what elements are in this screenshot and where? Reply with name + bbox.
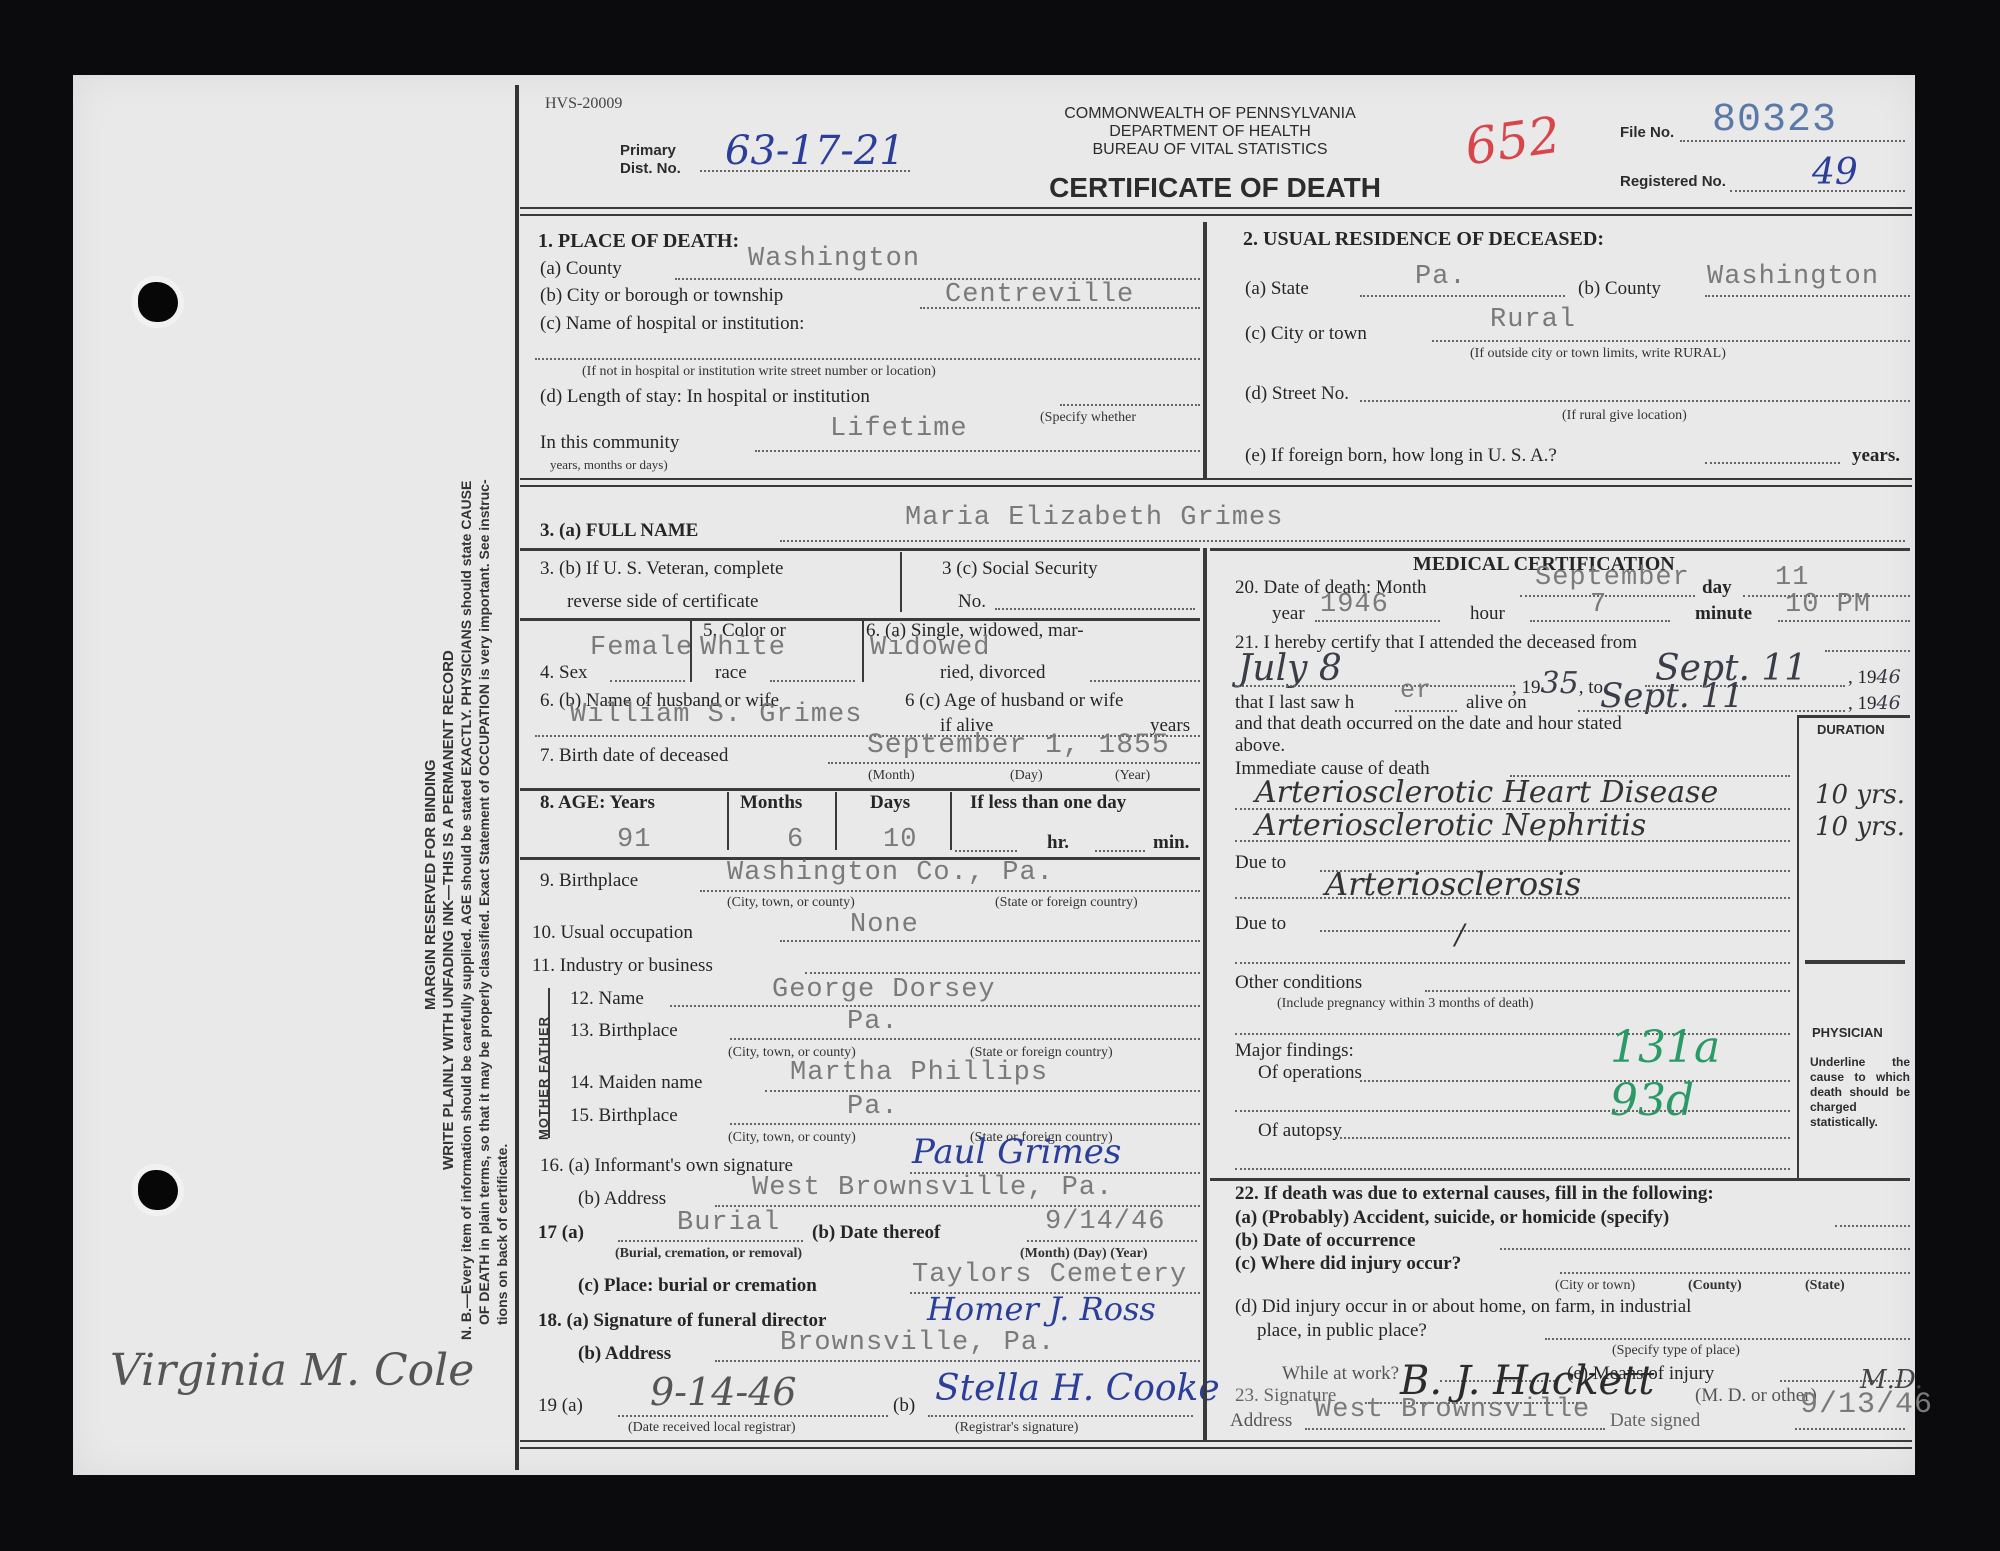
hr-label: hr.	[1047, 832, 1069, 854]
birth-date-line	[828, 762, 1200, 764]
residence-street-note: (If rural give location)	[1562, 408, 1687, 424]
birth-month-hint: (Month)	[868, 768, 915, 784]
death-year-label: year	[1272, 603, 1305, 625]
months-days-divider	[835, 792, 837, 850]
birth-date-value: September 1, 1855	[867, 730, 1170, 761]
age-months-value: 6	[787, 825, 804, 855]
community-line	[755, 450, 1200, 452]
father-birthplace-value: Pa.	[847, 1007, 899, 1037]
race-label-2: race	[715, 662, 747, 684]
veteran-label-2: reverse side of certificate	[567, 591, 758, 613]
burial-date-value: 9/14/46	[1045, 1207, 1165, 1237]
registrar-sig-hint: (Registrar's signature)	[955, 1420, 1078, 1436]
green-code-1: 131a	[1610, 1022, 1720, 1073]
external-a-line	[1835, 1225, 1910, 1227]
mother-name-value: Martha Phillips	[790, 1058, 1048, 1088]
alive-year-prefix: , 19	[1848, 693, 1877, 714]
death-year-line	[1315, 620, 1440, 622]
years-months-divider	[727, 792, 729, 850]
physician-heading: PHYSICIAN	[1812, 1025, 1883, 1040]
other-conditions-line	[1425, 990, 1790, 992]
death-hour-line	[1530, 620, 1670, 622]
community-label: In this community	[540, 432, 679, 454]
informant-signature[interactable]: Paul Grimes	[912, 1132, 1121, 1172]
sex-race-divider	[690, 620, 692, 682]
burial-place-label: (c) Place: burial or cremation	[578, 1275, 817, 1297]
external-d-line	[1545, 1338, 1910, 1340]
margin-nb-line3: tions on back of certificate.	[494, 1144, 510, 1325]
ssn-label-1: 3 (c) Social Security	[942, 558, 1098, 580]
other-conditions-hint: (Include pregnancy within 3 months of de…	[1277, 996, 1534, 1012]
to-year-value: 46	[1877, 666, 1901, 688]
occurred-label-1: and that death occurred on the date and …	[1235, 713, 1622, 735]
attended-from-line	[1235, 685, 1515, 687]
binding-double-line	[515, 85, 519, 1470]
primary-label: Primary	[620, 142, 681, 160]
mother-birthplace-value: Pa.	[847, 1092, 899, 1122]
community-value: Lifetime	[830, 414, 968, 444]
burial-date-label: (b) Date thereof	[812, 1222, 940, 1244]
left-right-column-divider	[1203, 548, 1207, 1440]
occupation-line	[780, 940, 1200, 942]
autopsy-label: Of autopsy	[1258, 1120, 1342, 1142]
death-month-value: September	[1535, 563, 1690, 593]
hospital-line	[535, 358, 1200, 360]
registered-no-label: Registered No.	[1620, 173, 1726, 190]
primary-dist-line	[700, 170, 910, 172]
residence-city-label: (c) City or town	[1245, 323, 1367, 345]
marital-line	[1090, 680, 1200, 682]
due-to-2-line	[1320, 930, 1790, 932]
agency-line-1: COMMONWEALTH OF PENNSYLVANIA	[1000, 105, 1420, 123]
residence-county-line	[1705, 295, 1910, 297]
foreign-born-suffix: years.	[1852, 445, 1900, 467]
margin-write-plainly-text: WRITE PLAINLY WITH UNFADING INK—THIS IS …	[440, 650, 457, 1170]
other-conditions-label: Other conditions	[1235, 972, 1362, 994]
hospital-label: (c) Name of hospital or institution:	[540, 313, 804, 335]
registrar-date-value: 9-14-46	[650, 1370, 797, 1414]
while-at-work-label: While at work?	[1282, 1363, 1399, 1385]
ssn-label-2: No.	[958, 591, 986, 613]
disposition-label: 17 (a)	[538, 1222, 584, 1244]
hr-line	[955, 850, 1017, 852]
death-city-label: (b) City or borough or township	[540, 285, 783, 307]
full-name-label-text: 3. (a) FULL NAME	[540, 520, 698, 541]
due-to-2-label: Due to	[1235, 913, 1286, 935]
to-year-prefix: , 19	[1848, 667, 1877, 688]
mother-birthplace-label: 15. Birthplace	[570, 1105, 678, 1127]
residence-state-label: (a) State	[1245, 278, 1309, 300]
birth-divider	[520, 788, 1200, 791]
due-to-2-line-b	[1235, 962, 1790, 964]
father-birthplace-label: 13. Birthplace	[570, 1020, 678, 1042]
external-heading: 22. If death was due to external causes,…	[1235, 1183, 1714, 1205]
veteran-ssn-divider	[900, 552, 902, 612]
last-saw-label: that I last saw h	[1235, 692, 1354, 714]
marital-value: Widowed	[870, 633, 990, 663]
race-marital-divider	[862, 620, 864, 682]
mother-name-label: 14. Maiden name	[570, 1072, 702, 1094]
physician-address-label: Address	[1230, 1410, 1292, 1432]
major-findings-label: Major findings:	[1235, 1040, 1354, 1062]
physician-address-line	[1305, 1428, 1605, 1430]
alive-year: , 1946	[1848, 692, 1901, 715]
death-city-value: Centreville	[945, 280, 1134, 310]
foreign-born-label: (e) If foreign born, how long in U. S. A…	[1245, 445, 1557, 467]
registrar-date-label: 19 (a)	[538, 1395, 583, 1417]
margin-nb-line2: OF DEATH in plain terms, so that it may …	[476, 479, 492, 1325]
duration-end-line	[1805, 960, 1905, 964]
cause-2-value: Arteriosclerotic Nephritis	[1255, 808, 1646, 843]
father-tag: FATHER	[536, 1016, 551, 1073]
residence-city-value: Rural	[1490, 305, 1576, 335]
residence-city-note: (If outside city or town limits, write R…	[1470, 346, 1726, 362]
alive-year-value: 46	[1877, 692, 1901, 714]
death-minute-value: 10 PM	[1785, 590, 1871, 620]
last-saw-text: that I last saw h	[1235, 692, 1354, 713]
section-1-2-divider	[1203, 222, 1207, 480]
burial-place-value: Taylors Cemetery	[912, 1260, 1187, 1290]
external-c-county-hint: (County)	[1688, 1278, 1742, 1294]
form-code: HVS-20009	[545, 95, 622, 113]
file-no-line	[1680, 140, 1905, 142]
md-label: (M. D. or other)	[1695, 1385, 1817, 1407]
registrar-date-hint: (Date received local registrar)	[628, 1420, 796, 1436]
industry-label: 11. Industry or business	[532, 955, 713, 977]
date-signed-value: 9/13/46	[1800, 1388, 1933, 1422]
death-day-label: day	[1702, 577, 1732, 599]
father-name-value: George Dorsey	[772, 975, 996, 1005]
autopsy-line	[1335, 1137, 1790, 1139]
date-signed-label: Date signed	[1610, 1410, 1700, 1432]
punch-hole-bottom	[138, 1170, 178, 1210]
alive-on-label: alive on	[1466, 692, 1527, 714]
full-name-label: 3. (a) FULL NAME	[540, 520, 698, 542]
autopsy-line-2	[1235, 1168, 1790, 1170]
death-city-line	[920, 307, 1200, 309]
cause-1-value: Arteriosclerotic Heart Disease	[1255, 775, 1718, 810]
last-saw-pronoun: er	[1400, 676, 1432, 705]
attended-from-date: July 8	[1238, 648, 1342, 689]
last-saw-line	[1395, 710, 1457, 712]
certify-line	[1825, 650, 1910, 652]
stay-note: (Specify whether	[1040, 410, 1136, 426]
days-label: Days	[870, 792, 910, 814]
registrar-sig-line	[928, 1415, 1193, 1417]
birthplace-city-hint: (City, town, or county)	[727, 895, 855, 911]
birth-year-hint: (Year)	[1115, 768, 1150, 784]
burial-date-line	[1027, 1240, 1197, 1242]
full-name-value: Maria Elizabeth Grimes	[905, 503, 1283, 533]
registered-no-line	[1730, 190, 1905, 192]
external-a-label: (a) (Probably) Accident, suicide, or hom…	[1235, 1207, 1669, 1229]
death-minute-line	[1778, 620, 1910, 622]
operations-label: Of operations	[1258, 1062, 1362, 1084]
stay-line	[1060, 404, 1200, 406]
death-minute-label: minute	[1695, 603, 1752, 625]
agency-line-2: DEPARTMENT OF HEALTH	[1000, 123, 1420, 141]
external-c-city-hint: (City or town)	[1555, 1278, 1635, 1294]
sex-value: Female	[590, 633, 693, 663]
marital-label-2: ried, divorced	[940, 662, 1046, 684]
file-no-value: 80323	[1712, 98, 1837, 143]
race-value: White	[700, 633, 786, 663]
margin-signature: Virginia M. Cole	[110, 1345, 474, 1396]
occupation-label: 10. Usual occupation	[532, 922, 693, 944]
father-name-label: 12. Name	[570, 988, 644, 1010]
mother-name-line	[765, 1090, 1200, 1092]
death-county-value: Washington	[748, 244, 920, 274]
punch-hole-top	[138, 282, 178, 322]
veteran-divider	[520, 618, 1200, 621]
external-d-label-2: place, in public place?	[1257, 1320, 1427, 1342]
registered-no-value: 49	[1812, 152, 1858, 193]
duration-heading: DURATION	[1817, 722, 1885, 737]
informant-address-value: West Brownsville, Pa.	[752, 1173, 1113, 1203]
attended-to-year: , 1946	[1848, 666, 1901, 689]
header-divider	[520, 207, 1912, 216]
residence-state-line	[1360, 295, 1565, 297]
mother-city-hint: (City, town, or county)	[728, 1130, 856, 1146]
father-birthplace-line	[730, 1038, 1200, 1040]
community-note: years, months or days)	[550, 457, 668, 473]
director-address-value: Brownsville, Pa.	[780, 1328, 1055, 1358]
form-bottom-divider	[520, 1440, 1912, 1449]
residence-county-value: Washington	[1707, 262, 1879, 292]
name-divider	[520, 548, 1200, 551]
veteran-label-1: 3. (b) If U. S. Veteran, complete	[540, 558, 783, 580]
residence-city-line	[1432, 340, 1910, 342]
dist-no-label: Dist. No.	[620, 160, 681, 178]
sex-label: 4. Sex	[540, 662, 588, 684]
full-name-line	[780, 540, 1905, 542]
stay-label: (d) Length of stay: In hospital or insti…	[540, 386, 870, 408]
section-2-divider	[520, 478, 1912, 487]
disposition-value: Burial	[677, 1208, 780, 1238]
birthplace-value: Washington Co., Pa.	[727, 858, 1054, 888]
residence-state-value: Pa.	[1415, 262, 1467, 292]
primary-dist-value: 63-17-21	[725, 128, 905, 174]
physician-note: Underline the cause to which death shoul…	[1810, 1055, 1910, 1130]
external-b-label: (b) Date of occurrence	[1235, 1230, 1416, 1252]
operations-line-2	[1235, 1110, 1790, 1112]
birth-day-hint: (Day)	[1010, 768, 1043, 784]
age-days-value: 10	[883, 825, 917, 855]
birthplace-state-hint: (State or foreign country)	[995, 895, 1138, 911]
medical-bottom-divider	[1210, 1178, 1910, 1181]
death-hour-value: 7	[1590, 590, 1607, 620]
operations-line	[1360, 1080, 1790, 1082]
occurred-label-2: above.	[1235, 735, 1285, 757]
disposition-hint: (Burial, cremation, or removal)	[615, 1246, 802, 1262]
death-hour-label: hour	[1470, 603, 1505, 625]
residence-heading: 2. USUAL RESIDENCE OF DECEASED:	[1243, 228, 1604, 251]
spouse-value: William S. Grimes	[570, 700, 862, 730]
agency-line-3: BUREAU OF VITAL STATISTICS	[1000, 141, 1420, 159]
birth-date-label: 7. Birth date of deceased	[540, 745, 728, 767]
due-to-2-value: /	[1455, 918, 1464, 951]
registrar-signature[interactable]: Stella H. Cooke	[935, 1368, 1220, 1409]
registrar-date-line	[618, 1415, 888, 1417]
external-b-line	[1500, 1248, 1910, 1250]
cause-2-duration: 10 yrs.	[1815, 812, 1905, 842]
death-month-line	[1520, 595, 1695, 597]
min-line	[1095, 850, 1145, 852]
disposition-line	[618, 1240, 803, 1242]
foreign-born-line	[1705, 462, 1840, 464]
external-c-label: (c) Where did injury occur?	[1235, 1253, 1461, 1275]
external-c-state-hint: (State)	[1805, 1278, 1845, 1294]
months-label: Months	[740, 792, 802, 814]
margin-nb-line: N. B.—Every item of information should b…	[458, 481, 474, 1340]
father-name-line	[670, 1005, 1200, 1007]
cause-1-duration: 10 yrs.	[1815, 780, 1905, 810]
director-address-label: (b) Address	[578, 1343, 671, 1365]
days-less-divider	[950, 792, 952, 850]
margin-reserved-text: MARGIN RESERVED FOR BINDING	[422, 759, 439, 1010]
race-line	[770, 680, 855, 682]
director-address-line	[715, 1360, 1200, 1362]
death-year-value: 1946	[1320, 590, 1389, 620]
medical-top-divider	[1210, 548, 1910, 551]
alive-on-line	[1578, 710, 1845, 712]
informant-address-label: (b) Address	[578, 1188, 666, 1210]
external-d-hint: (Specify type of place)	[1612, 1343, 1740, 1359]
death-county-label: (a) County	[540, 258, 622, 280]
industry-line	[805, 972, 1200, 974]
residence-street-line	[1360, 400, 1910, 402]
certificate-title: CERTIFICATE OF DEATH	[990, 172, 1440, 204]
registrar-sig-label: (b)	[893, 1395, 915, 1417]
file-no-label: File No.	[1620, 124, 1674, 141]
occupation-value: None	[850, 910, 919, 940]
physician-address-value: West Brownsville	[1315, 1395, 1590, 1425]
funeral-director-signature[interactable]: Homer J. Ross	[927, 1290, 1156, 1328]
external-c-line	[1560, 1272, 1910, 1274]
due-to-line-2	[1235, 897, 1790, 899]
sex-line	[610, 680, 685, 682]
ssn-line	[995, 608, 1195, 610]
due-to-label: Due to	[1235, 852, 1286, 874]
hospital-note: (If not in hospital or institution write…	[582, 364, 936, 380]
parents-tag-mother-father: MOTHER FATHER	[536, 1016, 551, 1140]
date-signed-line	[1795, 1428, 1905, 1430]
spouse-age-label-1: 6 (c) Age of husband or wife	[905, 690, 1123, 712]
age-years-value: 91	[617, 825, 651, 855]
death-day-value: 11	[1775, 563, 1809, 593]
agency-header: COMMONWEALTH OF PENNSYLVANIA DEPARTMENT …	[1000, 105, 1420, 159]
birthplace-label: 9. Birthplace	[540, 870, 638, 892]
place-of-death-heading: 1. PLACE OF DEATH:	[538, 230, 739, 253]
mother-tag: MOTHER	[536, 1078, 551, 1140]
external-d-label-1: (d) Did injury occur in or about home, o…	[1235, 1296, 1691, 1318]
primary-dist-label: Primary Dist. No.	[620, 142, 681, 178]
from-year-value: 35	[1541, 666, 1579, 701]
mother-birthplace-line	[730, 1123, 1200, 1125]
residence-county-label: (b) County	[1578, 278, 1661, 300]
cause-2-line	[1235, 840, 1790, 842]
residence-street-label: (d) Street No.	[1245, 383, 1349, 405]
less-day-label: If less than one day	[970, 792, 1126, 814]
duration-top-line	[1797, 715, 1910, 718]
green-code-2: 93d	[1610, 1075, 1694, 1126]
min-label: min.	[1153, 832, 1189, 854]
age-years-label: 8. AGE: Years	[540, 792, 655, 814]
duration-divider	[1797, 715, 1799, 1178]
birthplace-line	[700, 890, 1200, 892]
